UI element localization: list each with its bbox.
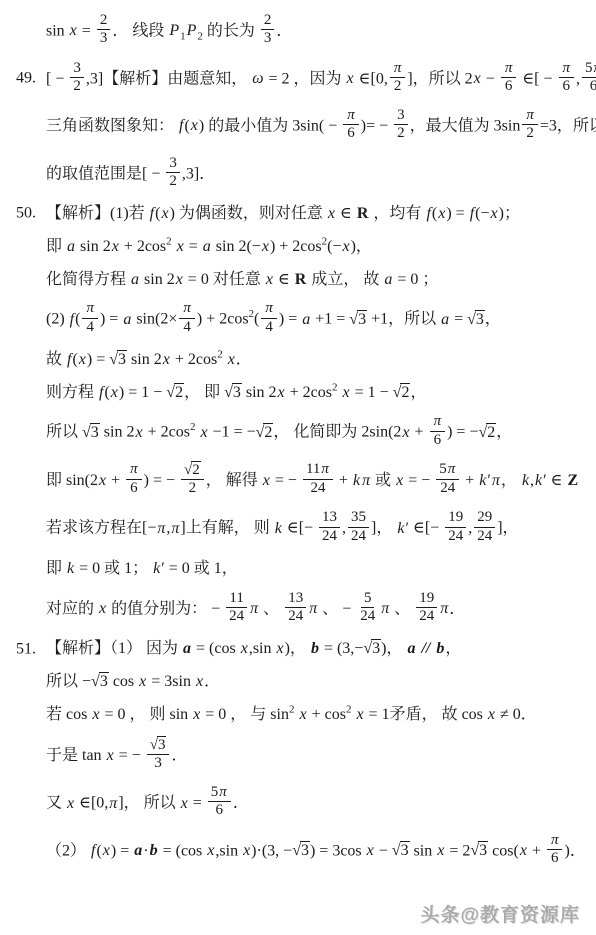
radicand: 3 (300, 841, 310, 860)
fraction-numerator: 5π (436, 461, 459, 479)
text-run: −1 = − (209, 424, 256, 441)
fraction-numerator: 3 (70, 60, 84, 78)
math-variable: x (111, 238, 120, 255)
text-run: 3 (118, 351, 126, 368)
fraction-denominator: 24 (474, 528, 495, 545)
fraction-numerator: 11π (303, 461, 333, 479)
math-variable: a (440, 311, 450, 328)
text-run: ． (236, 351, 252, 368)
text-run: (2) (46, 311, 69, 328)
fraction: 23 (97, 12, 111, 48)
math-variable: π (550, 832, 560, 848)
text-run: （2） (46, 842, 90, 859)
text-run: )·(3, − (251, 842, 292, 859)
text-run: +1 = (311, 311, 349, 328)
subscript: 1 (180, 31, 186, 43)
fraction-numerator: 35 (348, 509, 369, 527)
math-variable: ω (251, 70, 264, 87)
text-run: 3 (397, 107, 405, 123)
sqrt-expression: √3 (224, 384, 242, 401)
fraction-numerator: √2 (181, 461, 204, 480)
text-run: sin 2 (140, 271, 175, 288)
math-variable: k (521, 472, 530, 489)
text-run: + (335, 472, 352, 489)
fraction: π2 (522, 107, 538, 143)
sqrt-expression: √2 (256, 424, 274, 441)
fraction-numerator: 5π (208, 784, 231, 802)
text-run: ∈[0, (355, 70, 388, 87)
fraction-denominator: 24 (357, 608, 378, 625)
text-run: + (528, 842, 545, 859)
text-run: + 2cos (144, 424, 190, 441)
radicand: 3 (90, 423, 100, 442)
problem-number: 50. (16, 204, 36, 225)
text-run: ， (485, 311, 501, 328)
fraction: 5π24 (436, 461, 459, 497)
text-run: + (411, 424, 428, 441)
math-variable: x (275, 640, 284, 657)
fraction: π6 (126, 461, 142, 497)
math-variable: π (108, 795, 118, 812)
text-run: sin 2 (127, 351, 162, 368)
fraction-denominator: 6 (548, 850, 562, 867)
vector-symbol: b (310, 640, 320, 657)
text-run: 24 (322, 528, 337, 544)
math-variable: k (352, 472, 361, 489)
math-variable: π (393, 60, 403, 76)
text-run (338, 384, 342, 401)
vector-symbol: a (133, 842, 143, 859)
fraction-denominator: 24 (416, 608, 437, 625)
text-run: (− (327, 238, 341, 255)
text-run: ∈[0, (75, 795, 108, 812)
text-run: 24 (229, 608, 244, 624)
math-variable: x (437, 205, 446, 222)
text-run: ≠ 0． (496, 706, 537, 723)
text-run: 3 (233, 384, 241, 401)
text-run: = 0 或 1； (75, 560, 152, 577)
fraction-denominator: 24 (437, 480, 458, 497)
fraction-denominator: 3 (151, 755, 165, 772)
text-run: 6 (130, 480, 138, 496)
math-variable: π (593, 60, 596, 76)
radicand: 2 (263, 423, 273, 442)
fraction-numerator: 5 (361, 590, 375, 608)
text-run: ，最大值为 3sin (410, 117, 521, 134)
math-variable: a (301, 311, 311, 328)
fraction: 3524 (348, 509, 369, 545)
fraction: 2924 (474, 509, 495, 545)
text-run: = 2 (445, 842, 470, 859)
fraction-denominator: 2 (391, 78, 405, 95)
text-run: 6 (347, 125, 355, 141)
fraction: 1124 (226, 590, 247, 626)
math-line: 三角函数图象知： f(x) 的最小值为 3sin( − π6)= − 32，最大… (46, 103, 582, 151)
fraction-numerator: π (559, 60, 575, 78)
math-variable: π (525, 107, 535, 123)
text-run: 故 (46, 351, 66, 368)
fraction: 32 (394, 107, 408, 143)
text-run: + 2cos (171, 351, 217, 368)
text-run: 于是 tan (46, 747, 106, 764)
text-run: + 2cos (286, 384, 332, 401)
radical-sign: √ (150, 737, 157, 753)
text-run: 、 (259, 600, 283, 617)
fraction-numerator: 5π (582, 60, 596, 78)
text-run: , (468, 520, 472, 537)
text-run: ]上有解， 则 (180, 520, 273, 537)
text-run: 3 (169, 155, 177, 171)
text-run: ) 的最小值为 3sin( − (199, 117, 341, 134)
math-variable: π (380, 600, 390, 617)
fraction: 5π6 (208, 784, 231, 820)
text-run: 6 (563, 78, 571, 94)
radical-sign: √ (166, 384, 174, 401)
text-run: 35 (351, 509, 366, 525)
text-run: 19 (419, 590, 434, 606)
text-run: 3 (401, 842, 409, 859)
text-run: ( (96, 842, 101, 859)
text-run: 【解析】（1） 因为 (46, 640, 182, 657)
text-run: 5 (439, 461, 447, 477)
text-run: 2 (401, 384, 409, 401)
fraction: π4 (179, 300, 195, 336)
math-variable: π (504, 60, 514, 76)
text-run: ， 解得 (206, 472, 262, 489)
math-line: 50.【解析】(1)若 f(x) 为偶函数，则对任意 x ∈ R ，均有 f(x… (46, 198, 582, 231)
sqrt-expression: √3 (467, 311, 485, 328)
text-run: 4 (265, 319, 273, 335)
text-run: = 3sin (147, 673, 195, 690)
math-line: 于是 tan x = − √33． (46, 732, 582, 781)
math-variable: k (274, 520, 283, 537)
text-run: 2 (487, 424, 495, 441)
radical-sign: √ (470, 842, 478, 859)
text-run: ) = 1 − (119, 384, 166, 401)
text-run: 则方程 (46, 384, 98, 401)
text-run: = − (271, 472, 301, 489)
sqrt-expression: √2 (478, 424, 496, 441)
sqrt-expression: √2 (393, 384, 411, 401)
text-run: 3 (91, 424, 99, 441)
text-run: 2 (175, 384, 183, 401)
fraction-numerator: π (430, 413, 446, 431)
fraction-denominator: 6 (502, 78, 516, 95)
text-run: 2 (192, 462, 200, 478)
math-variable: x (261, 238, 270, 255)
fraction-numerator: 3 (394, 107, 408, 125)
text-run: = 0 ， 则 sin (100, 706, 192, 723)
math-variable: k′ (396, 520, 409, 537)
text-run: )， (351, 238, 372, 255)
set-symbol: Z (567, 472, 580, 489)
text-run: + cos (308, 706, 346, 723)
text-run: 对应的 (46, 600, 98, 617)
math-variable: x (277, 384, 286, 401)
math-variable: x (473, 70, 482, 87)
math-variable: x (195, 673, 204, 690)
text-run: ． (171, 747, 187, 764)
text-run: ) = − (447, 424, 478, 441)
math-variable: x (519, 842, 528, 859)
math-variable: a (66, 238, 76, 255)
fraction-numerator: π (501, 60, 517, 78)
fraction-denominator: 2 (523, 125, 537, 142)
text-run: 24 (477, 528, 492, 544)
text-run: ∈[ − (518, 70, 556, 87)
vector-symbol: // (420, 640, 431, 657)
text-run: 的长为 (203, 22, 259, 39)
math-variable: x (138, 673, 147, 690)
text-run: = 1矛盾， 故 cos (365, 706, 487, 723)
fraction-denominator: 24 (307, 480, 328, 497)
math-variable: x (106, 747, 115, 764)
radicand: 3 (157, 736, 167, 754)
fraction-denominator: 24 (319, 528, 340, 545)
text-run: 3 (100, 673, 108, 690)
sqrt-expression: √3 (292, 842, 310, 859)
fraction: 524 (357, 590, 378, 626)
radicand: 3 (371, 639, 381, 658)
radical-sign: √ (392, 842, 400, 859)
text-run: 5 (364, 590, 372, 606)
text-run: ) 为偶函数，则对任意 (170, 205, 327, 222)
text-run: ]，所以 2 (407, 70, 472, 87)
text-run: )， (381, 640, 406, 657)
solution-lines: sin x = 23． 线段 P1P2 的长为 23．49.[ − 32,3]【… (16, 8, 582, 875)
math-variable: π (249, 600, 259, 617)
fraction: 5π6 (582, 60, 596, 96)
text-run: ( (254, 311, 259, 328)
math-variable: x (98, 472, 107, 489)
vector-symbol: b (149, 842, 159, 859)
fraction: π4 (261, 300, 277, 336)
sqrt-expression: √3 (392, 842, 410, 859)
fraction: 1324 (285, 590, 306, 626)
math-variable: x (227, 351, 236, 368)
math-line: 即 k = 0 或 1； k′ = 0 或 1， (46, 553, 582, 586)
text-run: 11 (306, 461, 320, 477)
radicand: 2 (174, 383, 184, 402)
text-run: 即 (46, 560, 66, 577)
fraction-numerator: π (390, 60, 406, 78)
math-variable: x (160, 205, 169, 222)
math-variable: π (346, 107, 356, 123)
text-run: = 0 ， 与 sin (201, 706, 289, 723)
math-variable: x (78, 351, 87, 368)
text-run: 2 (264, 424, 272, 441)
text-run: = − (115, 747, 145, 764)
math-line: sin x = 23． 线段 P1P2 的长为 23． (46, 8, 582, 56)
fraction-denominator: 6 (213, 802, 227, 819)
radical-sign: √ (363, 640, 371, 657)
text-run: 2 (100, 12, 108, 28)
text-run: ,3]． (182, 165, 215, 182)
text-run: )． (564, 842, 585, 859)
math-line: 即 sin(2x + π6) = − √22， 解得 x = − 11π24 +… (46, 457, 582, 506)
fraction-numerator: π (126, 461, 142, 479)
fraction: √33 (147, 736, 170, 773)
math-variable: π (562, 60, 572, 76)
text-run: )= − (361, 117, 392, 134)
math-variable: x (192, 706, 201, 723)
text-run: ， (410, 384, 426, 401)
text-run: sin 2 (100, 424, 135, 441)
text-run: )； (499, 205, 520, 222)
math-variable: x (401, 424, 410, 441)
math-variable: a (202, 238, 212, 255)
set-symbol: R (356, 205, 370, 222)
text-run: ) = (100, 311, 122, 328)
math-line: 故 f(x) = √3 sin 2x + 2cos2 x． (46, 344, 582, 377)
superscript: 2 (332, 381, 338, 393)
math-line: 所以 −√3 cos x = 3sin x． (46, 666, 582, 699)
text-run: ) = (87, 351, 109, 368)
text-run: 29 (477, 509, 492, 525)
text-run: 6 (590, 78, 596, 94)
fraction-denominator: 6 (587, 78, 596, 95)
math-line: 若 cos x = 0 ， 则 sin x = 0 ， 与 sin2 x + c… (46, 699, 582, 732)
text-run: − (375, 842, 392, 859)
fraction-denominator: 2 (394, 125, 408, 142)
math-variable: π (85, 300, 95, 316)
radicand: 2 (191, 461, 201, 479)
text-run: ( (104, 384, 109, 401)
math-line: 则方程 f(x) = 1 − √2， 即 √3 sin 2x + 2cos2 x… (46, 377, 582, 410)
text-run: 的取值范围是[ − (46, 165, 164, 182)
radical-sign: √ (467, 311, 475, 328)
radical-sign: √ (256, 424, 264, 441)
vector-symbol: b (435, 640, 445, 657)
radical-sign: √ (292, 842, 300, 859)
radical-sign: √ (478, 424, 486, 441)
math-variable: π (439, 600, 449, 617)
text-run: ∈ (547, 472, 567, 489)
text-run: = − (404, 472, 434, 489)
text-run: [ − (46, 70, 68, 87)
text-run: 5 (585, 60, 593, 76)
fraction: 23 (261, 12, 275, 48)
math-line: (2) f(π4) = a sin(2×π4) + 2cos2(π4) = a … (46, 296, 582, 344)
fraction: π6 (559, 60, 575, 96)
math-variable: x (490, 205, 499, 222)
fraction: π4 (82, 300, 98, 336)
math-line: 即 a sin 2x + 2cos2 x = a sin 2(−x) + 2co… (46, 231, 582, 264)
math-line: 所以 √3 sin 2x + 2cos2 x −1 = −√2， 化简即为 2s… (46, 409, 582, 457)
text-run: 24 (448, 528, 463, 544)
text-run: 又 (46, 795, 66, 812)
text-run: 3 (358, 311, 366, 328)
fraction-denominator: 2 (70, 78, 84, 95)
fraction-denominator: 2 (186, 480, 200, 497)
radicand: 3 (478, 841, 488, 860)
math-variable: k′ (534, 472, 547, 489)
text-run: ( (72, 351, 77, 368)
vector-symbol: a (182, 640, 192, 657)
math-variable: x (240, 640, 249, 657)
text-run: ,sin (249, 640, 276, 657)
text-run: 24 (351, 528, 366, 544)
text-run: ，均有 (369, 205, 425, 222)
text-run: ,sin (215, 842, 242, 859)
text-run: = 0 对任意 (184, 271, 265, 288)
math-variable: k′ (478, 472, 491, 489)
math-variable: x (355, 706, 364, 723)
text-run: cos( (488, 842, 519, 859)
text-run: sin 2 (76, 238, 111, 255)
fraction-denominator: 3 (261, 30, 275, 47)
text-run: 若 cos (46, 706, 91, 723)
fraction-numerator: 11 (226, 590, 246, 608)
text-run: 2 (73, 78, 81, 94)
radicand: 3 (117, 350, 127, 369)
text-run: 6 (434, 432, 442, 448)
text-run: 3 (476, 311, 484, 328)
sqrt-expression: √3 (109, 351, 127, 368)
sqrt-expression: √2 (184, 462, 201, 478)
text-run: = 2 ，因为 (265, 70, 346, 87)
watermark: 头条@教育资源库 (420, 900, 580, 927)
fraction: π2 (390, 60, 406, 96)
text-run: 4 (86, 319, 94, 335)
text-run: sin (46, 22, 69, 39)
radicand: 3 (232, 383, 242, 402)
text-run: = (185, 238, 202, 255)
fraction-numerator: π (547, 832, 563, 850)
text-run: =3，所以 (540, 117, 596, 134)
fraction-denominator: 4 (180, 319, 194, 336)
radicand: 3 (357, 310, 367, 329)
fraction-denominator: 24 (285, 608, 306, 625)
text-run: 所以 (46, 424, 82, 441)
fraction-denominator: 4 (83, 319, 97, 336)
math-line: （2） f(x) = a·b = (cos x,sin x)·(3, −√3) … (46, 828, 582, 876)
fraction: π6 (343, 107, 359, 143)
text-run: 24 (419, 608, 434, 624)
text-run: ]， (497, 520, 518, 537)
text-run: 3 (73, 60, 81, 76)
math-variable: π (320, 461, 330, 477)
text-run: + (107, 472, 124, 489)
radicand: 2 (400, 383, 410, 402)
fraction: 11π24 (303, 461, 333, 497)
text-run: +1，所以 (367, 311, 440, 328)
text-run: ∈[− (283, 520, 317, 537)
radicand: 3 (99, 672, 109, 691)
text-run: − (482, 70, 499, 87)
text-run: ) = 3cos (310, 842, 366, 859)
math-variable: x (265, 271, 274, 288)
math-variable: x (66, 795, 75, 812)
text-run: ,3]【解析】由题意知， (86, 70, 251, 87)
fraction-denominator: 24 (445, 528, 466, 545)
text-run: ∈[− (409, 520, 443, 537)
text-run: 24 (440, 480, 455, 496)
sqrt-expression: √3 (82, 424, 100, 441)
fraction-numerator: π (179, 300, 195, 318)
math-variable: x (110, 384, 119, 401)
text-run: 若求该方程在[− (46, 520, 156, 537)
fraction-numerator: 19 (416, 590, 437, 608)
math-variable: a (130, 271, 140, 288)
superscript: 2 (217, 349, 223, 361)
math-variable: x (134, 424, 143, 441)
math-line: 又 x ∈[0,π]， 所以 x = 5π6． (46, 780, 582, 828)
text-run: )， (285, 640, 310, 657)
text-run: 即 sin(2 (46, 472, 98, 489)
sqrt-expression: √3 (150, 737, 167, 753)
text-run: 3 (301, 842, 309, 859)
